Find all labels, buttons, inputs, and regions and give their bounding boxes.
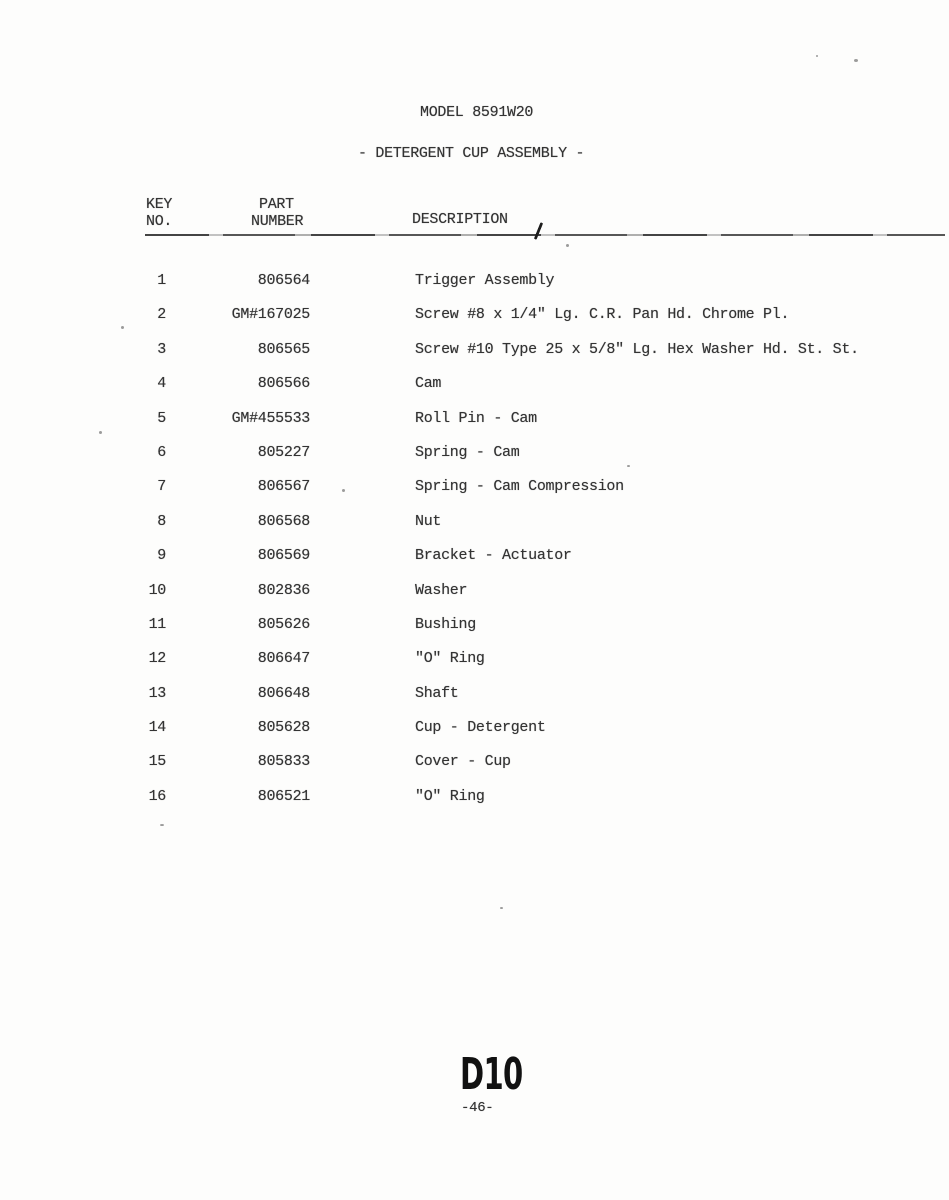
part-number-cell: 806564 [206, 272, 310, 289]
description-cell: "O" Ring [415, 650, 885, 667]
table-row: 15805833Cover - Cup [130, 753, 900, 787]
table-row: 12806647"O" Ring [130, 650, 900, 684]
scan-speck [500, 907, 503, 909]
key-no-cell: 8 [130, 513, 166, 530]
scan-speck [342, 489, 345, 492]
part-number-cell: 802836 [206, 582, 310, 599]
description-cell: Spring - Cam [415, 444, 885, 461]
table-row: 1806564Trigger Assembly [130, 272, 900, 306]
part-number-cell: 805628 [206, 719, 310, 736]
part-number-cell: 806569 [206, 547, 310, 564]
section-code: D10 [460, 1053, 523, 1097]
key-no-cell: 10 [130, 582, 166, 599]
model-title: MODEL 8591W20 [420, 104, 533, 121]
table-row: 9806569Bracket - Actuator [130, 547, 900, 581]
key-no-cell: 14 [130, 719, 166, 736]
description-cell: Trigger Assembly [415, 272, 885, 289]
key-no-cell: 5 [130, 410, 166, 427]
table-row: 8806568Nut [130, 513, 900, 547]
description-cell: Roll Pin - Cam [415, 410, 885, 427]
key-no-cell: 12 [130, 650, 166, 667]
description-cell: Nut [415, 513, 885, 530]
scan-speck [566, 244, 569, 247]
part-number-cell: 805833 [206, 753, 310, 770]
scan-speck [854, 59, 858, 62]
description-cell: Washer [415, 582, 885, 599]
scan-speck [627, 465, 630, 467]
part-number-cell: 805227 [206, 444, 310, 461]
column-header-description: DESCRIPTION [412, 211, 508, 228]
column-header-key-line2: NO. [146, 213, 172, 230]
part-number-cell: 806568 [206, 513, 310, 530]
header-rule [145, 234, 945, 236]
column-header-key-line1: KEY [146, 196, 172, 213]
column-header-part-line2: NUMBER [251, 213, 303, 230]
scan-speck [816, 55, 818, 57]
table-row: 11805626Bushing [130, 616, 900, 650]
part-number-cell: 805626 [206, 616, 310, 633]
parts-table: 1806564Trigger Assembly2GM#167025Screw #… [130, 272, 900, 822]
part-number-cell: 806647 [206, 650, 310, 667]
part-number-cell: GM#455533 [206, 410, 310, 427]
description-cell: Bracket - Actuator [415, 547, 885, 564]
scan-slash-mark [534, 222, 544, 240]
part-number-cell: 806565 [206, 341, 310, 358]
part-number-cell: 806521 [206, 788, 310, 805]
description-cell: Cover - Cup [415, 753, 885, 770]
description-cell: Screw #8 x 1/4" Lg. C.R. Pan Hd. Chrome … [415, 306, 885, 323]
table-row: 3806565Screw #10 Type 25 x 5/8" Lg. Hex … [130, 341, 900, 375]
key-no-cell: 16 [130, 788, 166, 805]
key-no-cell: 3 [130, 341, 166, 358]
assembly-title: - DETERGENT CUP ASSEMBLY - [358, 145, 584, 162]
description-cell: Cam [415, 375, 885, 392]
table-row: 4806566Cam [130, 375, 900, 409]
table-row: 6805227Spring - Cam [130, 444, 900, 478]
key-no-cell: 7 [130, 478, 166, 495]
table-row: 13806648Shaft [130, 685, 900, 719]
scan-speck [99, 431, 102, 434]
description-cell: "O" Ring [415, 788, 885, 805]
scan-speck [121, 326, 124, 329]
description-cell: Bushing [415, 616, 885, 633]
page-number: -46- [461, 1100, 493, 1116]
table-row: 14805628Cup - Detergent [130, 719, 900, 753]
description-cell: Screw #10 Type 25 x 5/8" Lg. Hex Washer … [415, 341, 885, 358]
document-page: MODEL 8591W20 - DETERGENT CUP ASSEMBLY -… [0, 0, 949, 1200]
part-number-cell: GM#167025 [206, 306, 310, 323]
table-row: 16806521"O" Ring [130, 788, 900, 822]
key-no-cell: 9 [130, 547, 166, 564]
description-cell: Shaft [415, 685, 885, 702]
table-row: 2GM#167025Screw #8 x 1/4" Lg. C.R. Pan H… [130, 306, 900, 340]
key-no-cell: 13 [130, 685, 166, 702]
part-number-cell: 806567 [206, 478, 310, 495]
description-cell: Spring - Cam Compression [415, 478, 885, 495]
part-number-cell: 806648 [206, 685, 310, 702]
key-no-cell: 1 [130, 272, 166, 289]
table-row: 7806567Spring - Cam Compression [130, 478, 900, 512]
key-no-cell: 4 [130, 375, 166, 392]
column-header-part-line1: PART [259, 196, 294, 213]
key-no-cell: 6 [130, 444, 166, 461]
description-cell: Cup - Detergent [415, 719, 885, 736]
key-no-cell: 2 [130, 306, 166, 323]
table-row: 10802836Washer [130, 582, 900, 616]
part-number-cell: 806566 [206, 375, 310, 392]
table-row: 5GM#455533Roll Pin - Cam [130, 410, 900, 444]
scan-speck [160, 824, 164, 826]
key-no-cell: 15 [130, 753, 166, 770]
key-no-cell: 11 [130, 616, 166, 633]
